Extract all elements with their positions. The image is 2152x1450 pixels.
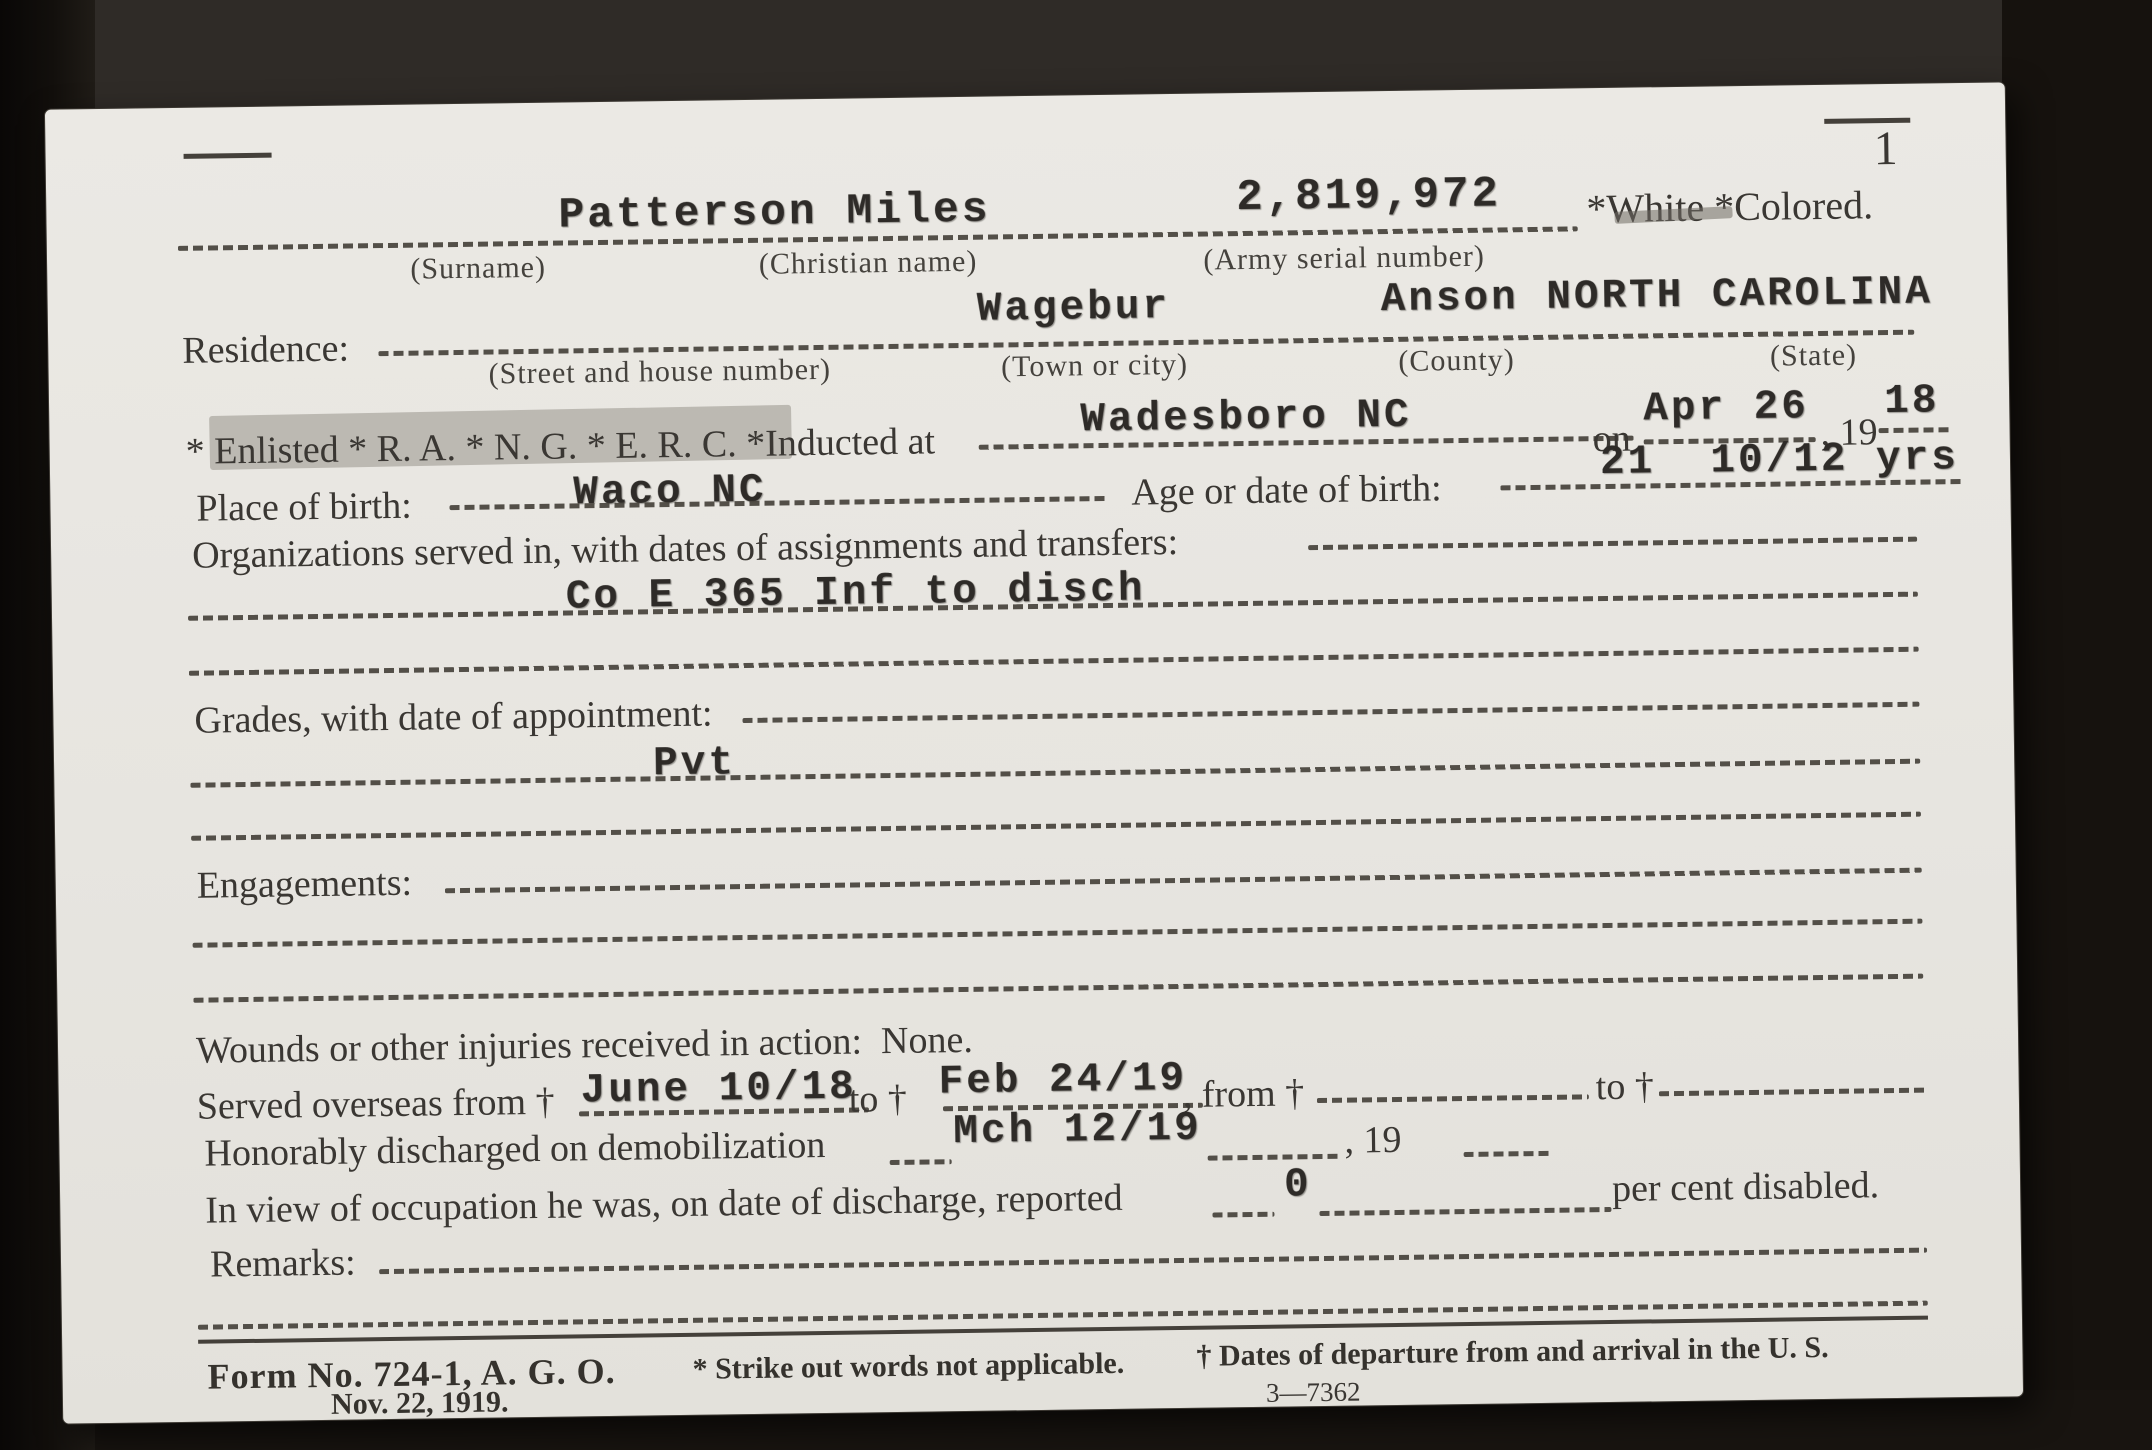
print-code: 3—7362: [1266, 1378, 1361, 1408]
name-value: Patterson Miles: [558, 185, 991, 240]
induction-date-value: Apr 26: [1643, 384, 1809, 432]
disability-line-a: [1212, 1212, 1274, 1218]
overseas-from1-value: June 10/18: [580, 1065, 857, 1115]
race-colored-option: *Colored.: [1714, 182, 1873, 229]
disability-line-b: [1319, 1207, 1611, 1216]
grades-line-2: [191, 812, 1921, 841]
residence-label: Residence:: [182, 330, 349, 372]
overseas-label: Served overseas from †: [197, 1083, 555, 1128]
wounds-value: None.: [881, 1019, 973, 1062]
birth-place-value: Waco NC: [573, 468, 767, 517]
grades-line-1: [190, 759, 1920, 788]
disability-label: In view of occupation he was, on date of…: [205, 1179, 1123, 1232]
disability-value: 0: [1284, 1162, 1312, 1208]
age-value: 21 10/12 yrs: [1600, 435, 1959, 486]
surname-label: (Surname): [378, 250, 578, 287]
page-number-overline: [1824, 118, 1910, 124]
engagements-label-line: [445, 868, 1922, 894]
engagements-line-1: [193, 919, 1923, 948]
induction-year-line: [1879, 427, 1951, 433]
overseas-to1-label: to †: [849, 1080, 908, 1121]
overseas-to1-value: Feb 24/19: [938, 1056, 1187, 1105]
form-date: Nov. 22, 1919.: [331, 1385, 509, 1421]
birth-place-line: [449, 496, 1106, 510]
engagements-line-2: [193, 974, 1923, 1003]
birth-place-label: Place of birth:: [196, 487, 412, 530]
remarks-line-2: [198, 1301, 1928, 1330]
inducted-place-value: Wadesboro NC: [1080, 393, 1412, 444]
enlistment-line: * Enlisted * R. A. * N. G. * E. R. C. *I…: [185, 422, 935, 472]
discharge-year-line: [1464, 1151, 1552, 1157]
overseas-to2-label: to †: [1595, 1067, 1654, 1108]
grades-label-line: [742, 702, 1919, 723]
age-label: Age or date of birth:: [1131, 469, 1442, 513]
remarks-label: Remarks:: [210, 1244, 356, 1286]
residence-town-value: Wagebur: [976, 284, 1170, 333]
grades-label: Grades, with date of appointment:: [194, 694, 713, 741]
organizations-line-2: [189, 647, 1919, 676]
christian-name-label: (Christian name): [718, 244, 1018, 282]
town-label: (Town or city): [969, 347, 1219, 384]
wounds-spacer: [862, 1020, 882, 1062]
service-record-card: 1 Patterson Miles 2,819,972 *White *Colo…: [45, 82, 2023, 1423]
inducted-at-label: *Inducted at: [736, 420, 935, 465]
page-number: 1: [1873, 124, 1898, 175]
scan-background-right: [2002, 0, 2152, 1450]
army-serial-label: (Army serial number): [1194, 240, 1494, 278]
engagements-label: Engagements:: [197, 864, 413, 907]
induction-year-value: 18: [1884, 378, 1940, 425]
wounds-line: Wounds or other injuries received in act…: [196, 1021, 973, 1072]
discharge-date-value: Mch 12/19: [953, 1106, 1202, 1155]
dagger-note: † Dates of departure from and arrival in…: [1196, 1331, 1829, 1374]
enlistment-prefix: *: [185, 430, 214, 472]
street-label: (Street and house number): [488, 353, 788, 391]
residence-county-state-value: Anson NORTH CAROLINA: [1380, 269, 1933, 323]
discharge-label: Honorably discharged on demobilization: [204, 1126, 825, 1175]
overseas-to2-line: [1659, 1088, 1927, 1097]
discharge-line-a: [890, 1159, 952, 1165]
state-label: (State): [1713, 338, 1913, 375]
remarks-label-line: [379, 1248, 1927, 1275]
county-label: (County): [1356, 343, 1556, 380]
strike-out-note: * Strike out words not applicable.: [692, 1347, 1124, 1387]
enlistment-struck-options: Enlisted * R. A. * N. G. * E. R. C.: [214, 423, 737, 472]
overseas-from2-line: [1317, 1094, 1589, 1103]
discharge-year-label: , 19: [1344, 1121, 1402, 1162]
serial-number-value: 2,819,972: [1236, 169, 1501, 223]
discharge-line-b: [1208, 1154, 1342, 1161]
pen-mark: [184, 153, 272, 159]
wounds-label: Wounds or other injuries received in act…: [196, 1020, 862, 1071]
disability-suffix-label: per cent disabled.: [1612, 1166, 1879, 1210]
organizations-label-line: [1308, 537, 1917, 551]
scanned-page: 1 Patterson Miles 2,819,972 *White *Colo…: [0, 0, 2152, 1450]
